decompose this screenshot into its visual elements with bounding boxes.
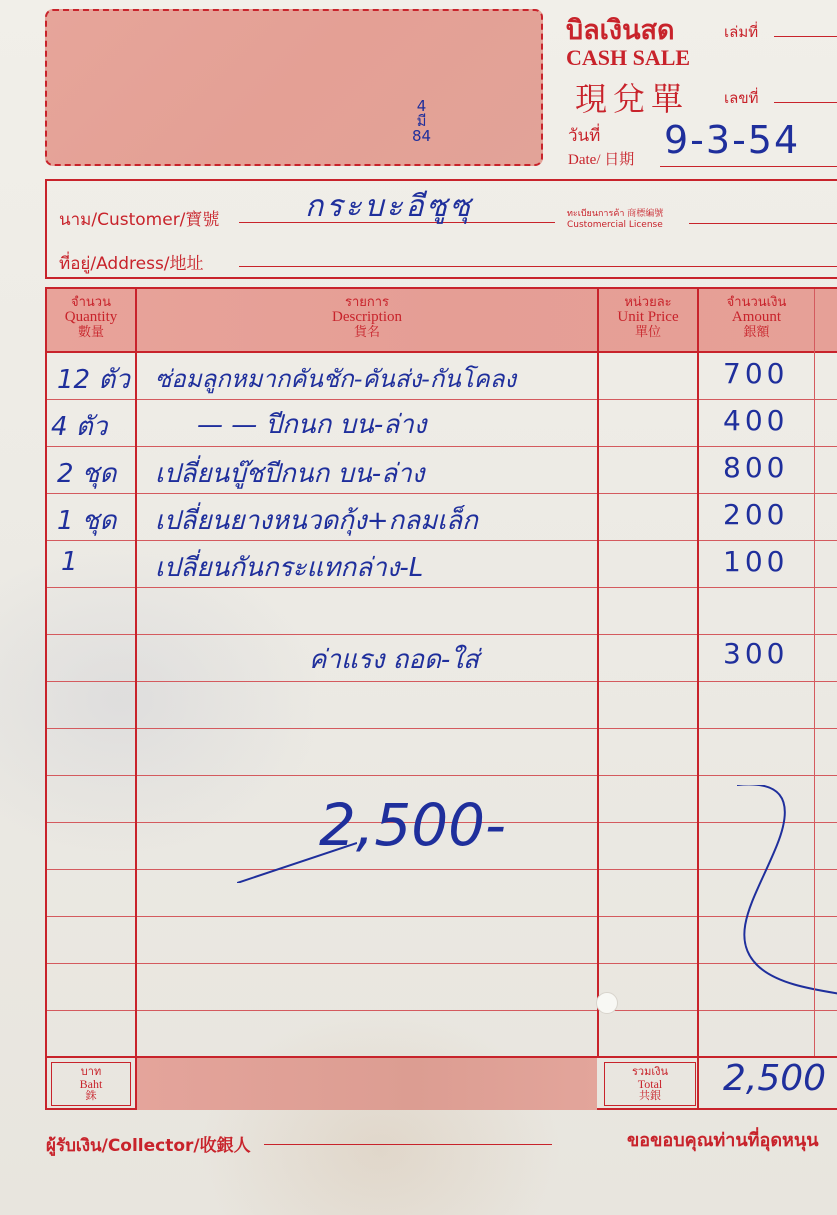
customer-label: นาม/Customer/寶號 <box>59 205 219 233</box>
date-label: Date/ 日期 <box>568 148 634 169</box>
column-en: Amount <box>699 310 814 325</box>
table-row <box>47 964 837 1011</box>
baht-label: บาท Baht 銖 <box>51 1062 131 1106</box>
column-en: Unit Price <box>599 310 697 325</box>
address-label: ที่อยู่/Address/地址 <box>59 249 204 277</box>
column-cn: 數量 <box>47 325 135 340</box>
receipt-number-field[interactable] <box>774 102 837 103</box>
table-row <box>47 588 837 635</box>
license-label-thai: ทะเบียนการค้า 商標編號 <box>567 209 663 220</box>
paper-hole <box>596 992 618 1014</box>
amount-cell[interactable]: 200 <box>723 498 788 531</box>
column-cn: 單位 <box>599 325 697 340</box>
date-field-line <box>660 166 837 167</box>
qty-cell[interactable]: 1 <box>61 547 78 577</box>
qty-cell[interactable]: 1 ชุด <box>57 500 116 541</box>
column-divider <box>135 289 137 1110</box>
shop-stamp-area: 4 มี 84 <box>45 9 543 166</box>
collector-signature-field[interactable] <box>264 1144 552 1145</box>
amount-cell[interactable]: 400 <box>723 404 788 437</box>
description-cell[interactable]: — — ปีกนก บน-ล่าง <box>197 404 426 445</box>
license-field[interactable] <box>689 223 837 224</box>
column-th: จำนวนเงิน <box>699 295 814 310</box>
qty-cell[interactable]: 4 ตัว <box>51 406 107 447</box>
receipt-number-label: เลขที่ <box>724 86 758 110</box>
table-row: 12 ตัว ซ่อมลูกหมากคันชัก-คันส่ง-กันโคลง … <box>47 353 837 400</box>
total-value[interactable]: 2,500 <box>723 1058 826 1099</box>
items-table: จำนวน Quantity 數量 รายการ Description 貨名 … <box>45 287 837 1110</box>
column-th: รายการ <box>137 295 597 310</box>
table-row <box>47 1011 837 1058</box>
amount-cell[interactable]: 300 <box>723 637 788 670</box>
title-english: CASH SALE <box>566 45 690 71</box>
customer-block: นาม/Customer/寶號 กระบะอีซูซุ ทะเบียนการค้… <box>45 179 837 279</box>
column-cn: 貨名 <box>137 325 597 340</box>
table-footer: บาท Baht 銖 รวมเงิน Total 共銀 2,500 <box>47 1056 837 1110</box>
closing-scribble <box>737 785 837 1015</box>
book-number-label: เล่มที่ <box>724 20 758 44</box>
book-number-field[interactable] <box>774 36 837 37</box>
column-en: Description <box>137 310 597 325</box>
table-header: จำนวน Quantity 數量 รายการ Description 貨名 … <box>47 289 837 353</box>
description-cell[interactable]: เปลี่ยนบู๊ชปีกนก บน-ล่าง <box>155 453 424 494</box>
sum-strike-line <box>237 823 357 883</box>
table-row: 2 ชุด เปลี่ยนบู๊ชปีกนก บน-ล่าง 800 <box>47 447 837 494</box>
column-divider <box>697 289 699 1110</box>
collector-label: ผู้รับเงิน/Collector/收銀人 <box>46 1131 251 1159</box>
handwritten-note: 4 มี 84 <box>412 99 431 144</box>
column-cn: 銀額 <box>699 325 814 340</box>
table-row <box>47 729 837 776</box>
column-divider <box>814 289 815 1056</box>
date-label-thai: วันที่ <box>568 122 600 149</box>
qty-cell[interactable]: 2 ชุด <box>57 453 116 494</box>
total-label-chinese: 共銀 <box>605 1090 695 1102</box>
amount-cell[interactable]: 800 <box>723 451 788 484</box>
baht-label-chinese: 銖 <box>52 1090 130 1102</box>
amount-cell[interactable]: 700 <box>723 357 788 390</box>
title-chinese: 現兌單 <box>575 74 689 120</box>
amount-in-words-field[interactable] <box>137 1058 597 1110</box>
table-row <box>47 917 837 964</box>
column-divider <box>597 289 599 1056</box>
qty-cell[interactable]: 12 ตัว <box>57 359 130 400</box>
table-row: 1 เปลี่ยนกันกระแทกล่าง-L 100 <box>47 541 837 588</box>
table-body: 12 ตัว ซ่อมลูกหมากคันชัก-คันส่ง-กันโคลง … <box>47 353 837 1056</box>
address-field[interactable] <box>239 266 837 267</box>
description-cell[interactable]: เปลี่ยนยางหนวดกุ้ง+กลมเล็ก <box>155 500 478 541</box>
description-cell[interactable]: ซ่อมลูกหมากคันชัก-คันส่ง-กันโคลง <box>155 359 516 398</box>
date-value[interactable]: 9-3-54 <box>664 118 800 162</box>
column-th: หน่วยละ <box>599 295 697 310</box>
license-label-english: Customercial License <box>567 220 663 231</box>
customer-value[interactable]: กระบะอีซูซุ <box>305 183 473 230</box>
table-row: 1 ชุด เปลี่ยนยางหนวดกุ้ง+กลมเล็ก 200 <box>47 494 837 541</box>
table-row <box>47 870 837 917</box>
description-cell[interactable]: เปลี่ยนกันกระแทกล่าง-L <box>155 547 423 588</box>
column-header-description: รายการ Description 貨名 <box>137 295 597 340</box>
column-header-unit-price: หน่วยละ Unit Price 單位 <box>599 295 697 340</box>
table-row: ค่าแรง ถอด-ใส่ 300 <box>47 635 837 682</box>
receipt-paper: 4 มี 84 บิลเงินสด CASH SALE 現兌單 เล่มที่ … <box>0 0 837 1215</box>
column-en: Quantity <box>47 310 135 325</box>
column-header-quantity: จำนวน Quantity 數量 <box>47 295 135 340</box>
table-row: 4 ตัว — — ปีกนก บน-ล่าง 400 <box>47 400 837 447</box>
license-label: ทะเบียนการค้า 商標編號 Customercial License <box>567 209 663 231</box>
table-row <box>47 682 837 729</box>
column-header-amount: จำนวนเงิน Amount 銀額 <box>699 295 814 340</box>
thank-you-message: ขอขอบคุณท่านที่อุดหนุน <box>627 1125 819 1154</box>
description-cell[interactable]: ค่าแรง ถอด-ใส่ <box>309 639 479 680</box>
total-label: รวมเงิน Total 共銀 <box>604 1062 696 1106</box>
column-th: จำนวน <box>47 295 135 310</box>
amount-cell[interactable]: 100 <box>723 545 788 578</box>
